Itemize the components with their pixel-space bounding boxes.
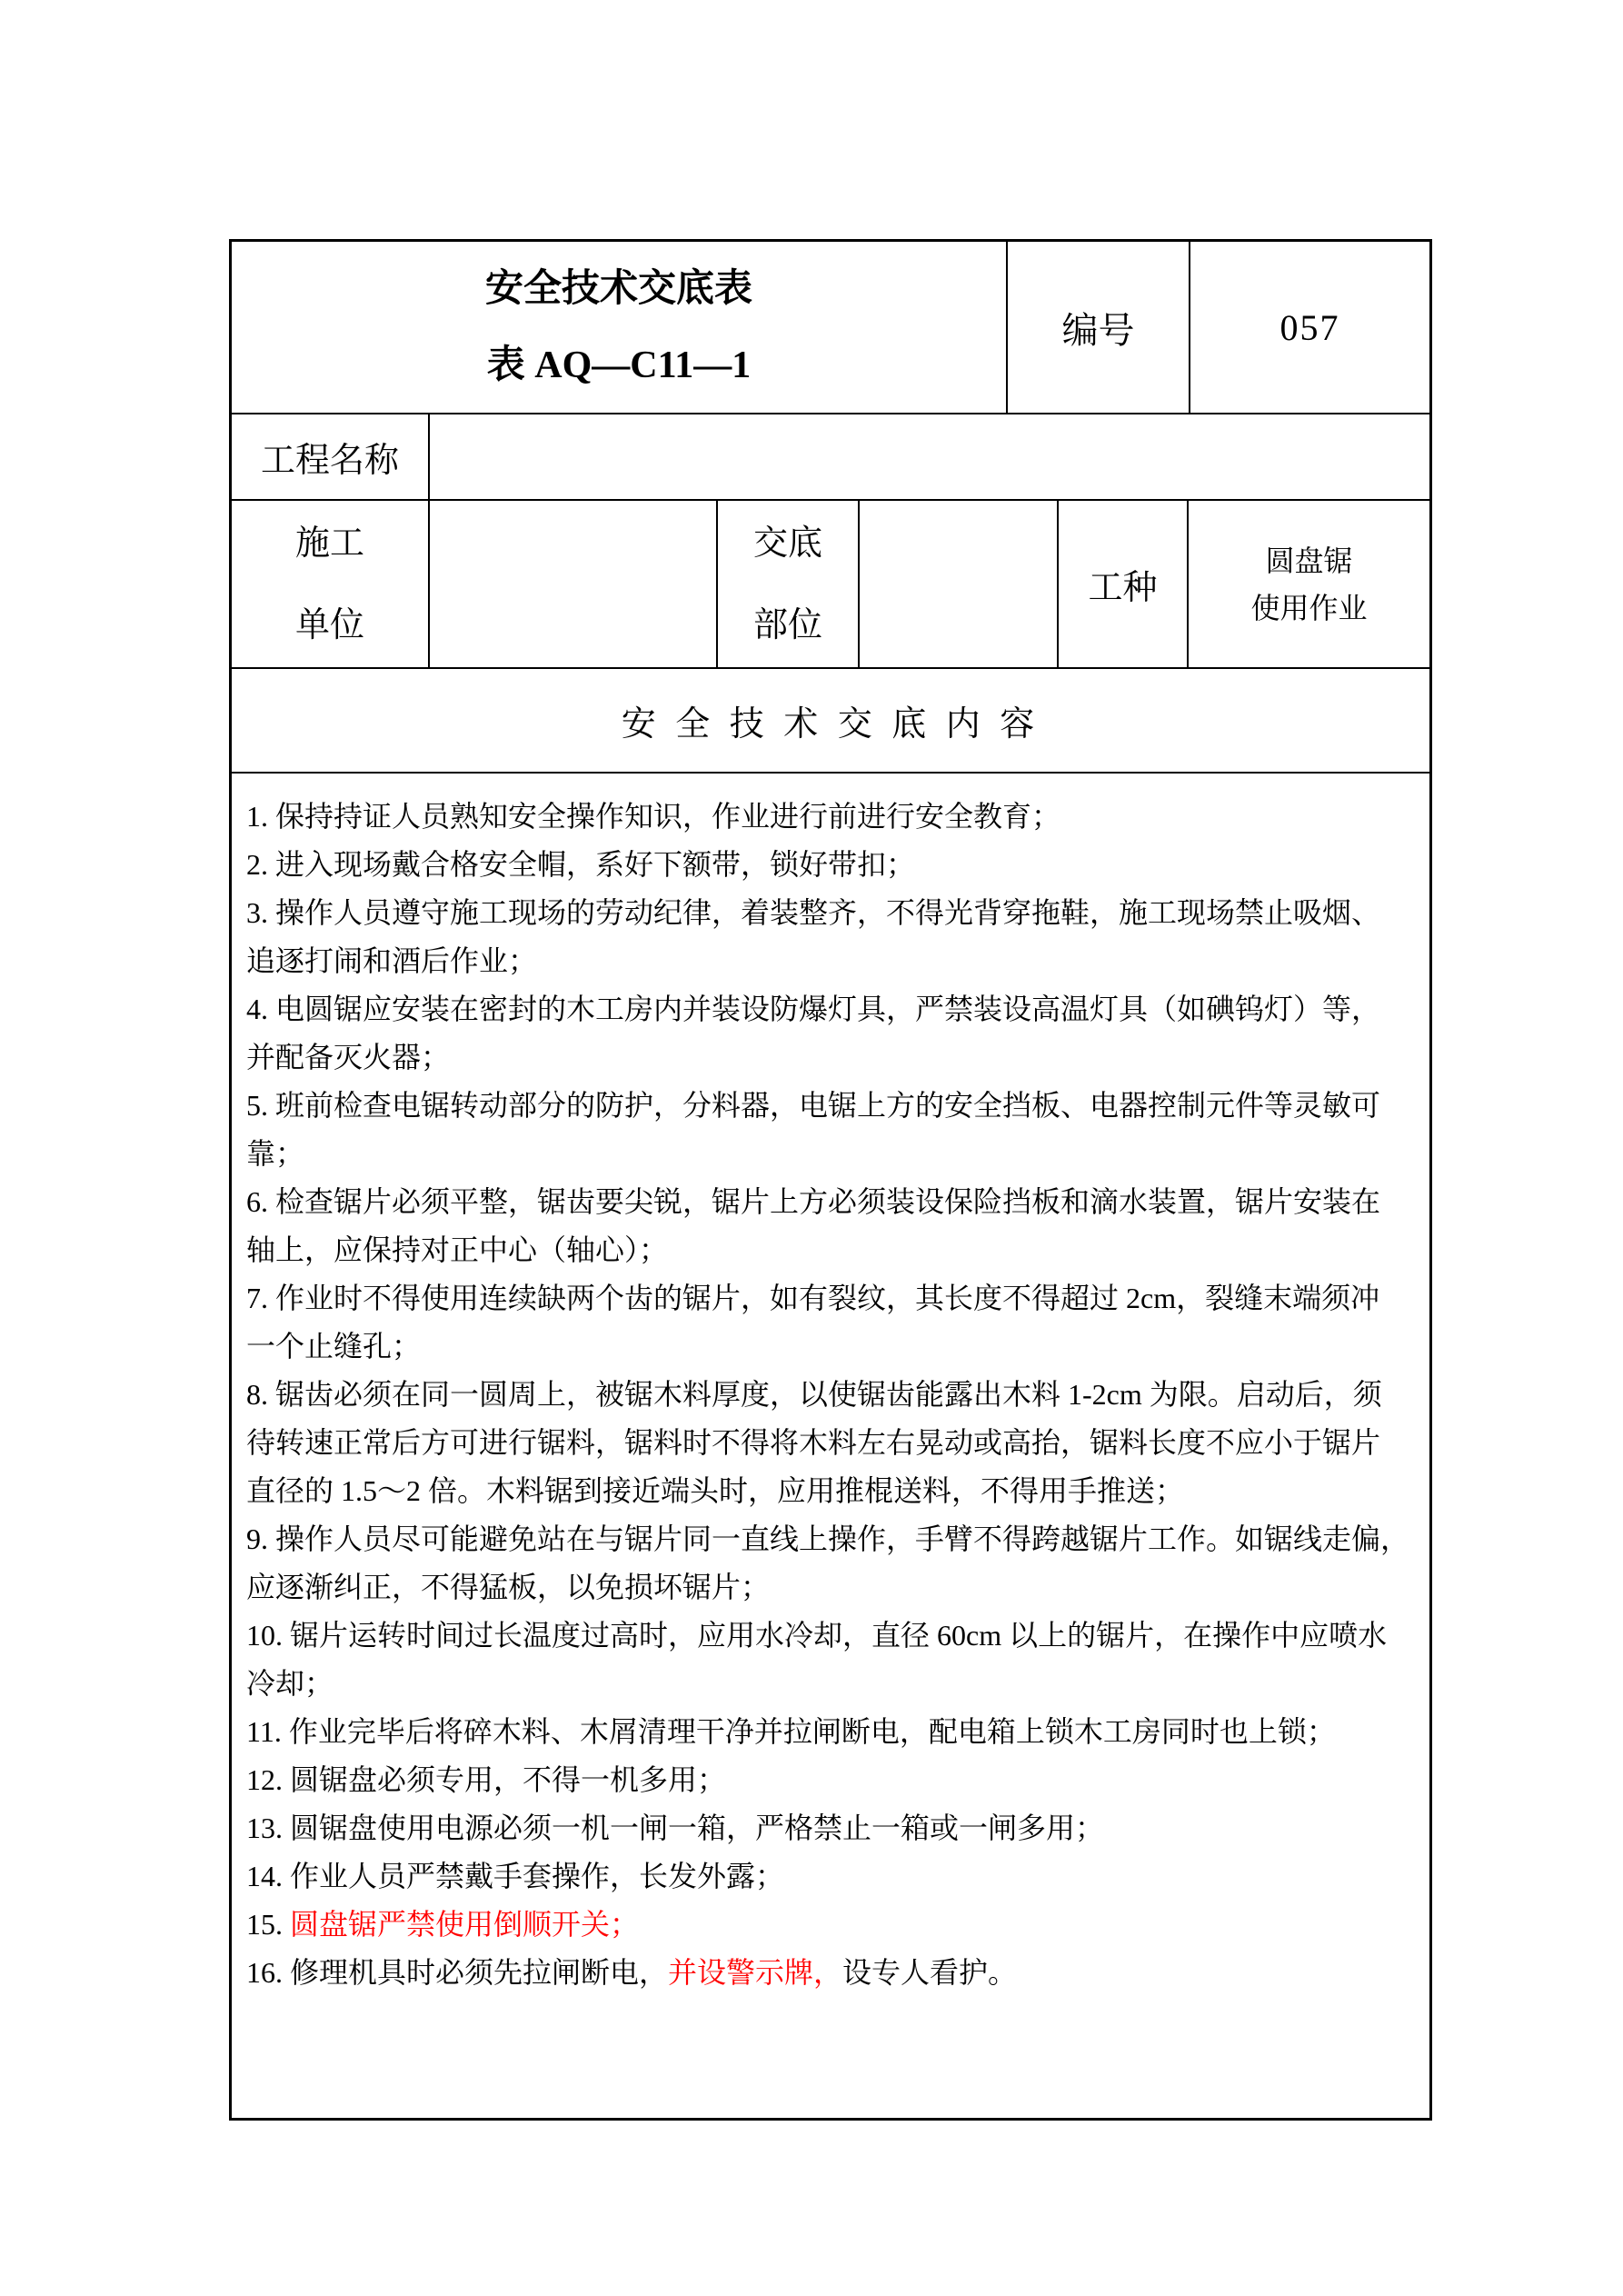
content-item: 9. 操作人员尽可能避免站在与锯片同一直线上操作，手臂不得跨越锯片工作。如锯线走… <box>246 1515 1413 1612</box>
number-label: 编号 <box>1062 302 1135 354</box>
content-item: 14. 作业人员严禁戴手套操作，长发外露； <box>246 1852 1413 1901</box>
disclosure-part-label: 交底 部位 <box>753 503 822 666</box>
content-item: 2. 进入现场戴合格安全帽，系好下额带，锁好带扣； <box>246 841 1413 889</box>
project-name-value-cell <box>430 414 1429 501</box>
content-item: 3. 操作人员遵守施工现场的劳动纪律，着装整齐，不得光背穿拖鞋，施工现场禁止吸烟… <box>246 889 1413 985</box>
form-code: 表 AQ—C11—1 <box>487 327 752 404</box>
number-value: 057 <box>1280 306 1340 349</box>
safety-disclosure-table: 安全技术交底表 表 AQ—C11—1 编号 057 工程名称 施工 单位 交底 … <box>229 239 1432 2121</box>
content-item: 7. 作业时不得使用连续缺两个齿的锯片，如有裂纹，其长度不得超过 2cm，裂缝末… <box>246 1274 1413 1371</box>
construction-unit-label-cell: 施工 单位 <box>232 501 430 669</box>
content-item: 12. 圆锯盘必须专用，不得一机多用； <box>246 1756 1413 1804</box>
disclosure-part-label-cell: 交底 部位 <box>718 501 860 669</box>
project-name-label: 工程名称 <box>261 432 399 482</box>
content-item: 4. 电圆锯应安装在密封的木工房内并装设防爆灯具，严禁装设高温灯具（如碘钨灯）等… <box>246 985 1413 1082</box>
content-item: 5. 班前检查电锯转动部分的防护，分料器，电锯上方的安全挡板、电器控制元件等灵敏… <box>246 1082 1413 1178</box>
content-item: 11. 作业完毕后将碎木料、木屑清理干净并拉闸断电，配电箱上锁木工房同时也上锁； <box>246 1708 1413 1756</box>
work-type-label-cell: 工种 <box>1059 501 1189 669</box>
disclosure-part-value-cell <box>860 501 1059 669</box>
work-type-value-cell: 圆盘锯 使用作业 <box>1189 501 1429 669</box>
work-type-value: 圆盘锯 使用作业 <box>1250 537 1367 632</box>
work-type-label: 工种 <box>1088 559 1157 609</box>
form-title: 安全技术交底表 <box>485 251 752 327</box>
content-item: 8. 锯齿必须在同一圆周上，被锯木料厚度，以使锯齿能露出木料 1-2cm 为限。… <box>246 1371 1413 1515</box>
content-item: 16. 修理机具时必须先拉闸断电，并设警示牌，设专人看护。 <box>246 1949 1413 1997</box>
content-item: 15. 圆盘锯严禁使用倒顺开关； <box>246 1901 1413 1949</box>
form-title-cell: 安全技术交底表 表 AQ—C11—1 <box>232 242 1008 414</box>
section-header-cell: 安 全 技 术 交 底 内 容 <box>232 669 1429 774</box>
content-item: 13. 圆锯盘使用电源必须一机一闸一箱，严格禁止一箱或一闸多用； <box>246 1804 1413 1852</box>
construction-unit-value-cell <box>430 501 718 669</box>
page: { "colors": { "border": "#000000", "acce… <box>0 0 1623 2296</box>
content-item: 6. 检查锯片必须平整，锯齿要尖锐，锯片上方必须装设保险挡板和滴水装置，锯片安装… <box>246 1178 1413 1274</box>
content-item: 1. 保持持证人员熟知安全操作知识，作业进行前进行安全教育； <box>246 793 1413 841</box>
number-value-cell: 057 <box>1190 242 1429 414</box>
number-label-cell: 编号 <box>1008 242 1190 414</box>
project-name-label-cell: 工程名称 <box>232 414 430 501</box>
construction-unit-label: 施工 单位 <box>295 503 364 666</box>
content-list: 1. 保持持证人员熟知安全操作知识，作业进行前进行安全教育；2. 进入现场戴合格… <box>232 774 1429 2118</box>
section-header: 安 全 技 术 交 底 内 容 <box>622 695 1041 745</box>
content-item: 10. 锯片运转时间过长温度过高时，应用水冷却，直径 60cm 以上的锯片，在操… <box>246 1612 1413 1708</box>
